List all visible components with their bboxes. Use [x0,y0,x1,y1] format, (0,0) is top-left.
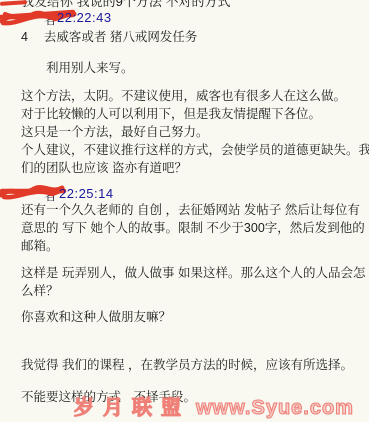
timestamp: 22:25:14 [59,186,114,201]
message-line: 意思的 写下 她个人的故事。限制 不少于300字，然后发到他的 [21,219,365,237]
watermark-site-url: www.Syue.com [196,397,354,419]
message-line: 对于比较懒的人可以利用下，但是我友情提醒下各位。 [21,105,369,123]
message-line: 么样？ [21,282,365,300]
message-line: 这只是一个方法，最好自己努力。 [21,123,369,141]
message-line: 个人建议，不建议推行这样的方式，会使学员的道德更缺失。我 [21,141,369,159]
message-line: 们的团队也应该 盗亦有道吧？ [21,159,369,177]
message-paragraph: 这个方法，太阴。不建议使用，威客也有很多人在这么做。对于比较懒的人可以利用下，但… [21,87,369,177]
message-line: 这个方法，太阴。不建议使用，威客也有很多人在这么做。 [21,87,369,105]
message-paragraph: 还有一个久久老师的 自创 ，去征婚网站 发帖子 然后让每位有意思的 写下 她个人… [21,201,365,255]
message-line: 还有一个久久老师的 自创 ，去征婚网站 发帖子 然后让每位有 [21,201,365,219]
message-line: 4 去威客或者 猪八戒网发任务 [21,28,197,46]
watermark-site-name: 岁月联盟 [74,397,190,419]
message-line: 邮箱。 [21,237,365,255]
message-line: 利用别人来写。 [46,59,134,77]
message-paragraph: 这样是 玩弄别人，做人做事 如果这样。那么这个人的人品会怎么样？ [21,264,365,300]
message-line: 你喜欢和这种人做朋友嘛？ [21,308,171,326]
message-line: 这样是 玩弄别人，做人做事 如果这样。那么这个人的人品会怎 [21,264,365,282]
timestamp: 22:22:43 [57,10,112,25]
watermark: 岁月联盟www.Syue.com [74,396,354,420]
chat-log: 我发给你 我说的9个方法 不对的方式 者 22:22:43 4 去威客或者 猪八… [0,0,369,422]
message-line: 我觉得 我们的课程 ，在教学员方法的时候，应该有所选择。 [21,356,353,374]
